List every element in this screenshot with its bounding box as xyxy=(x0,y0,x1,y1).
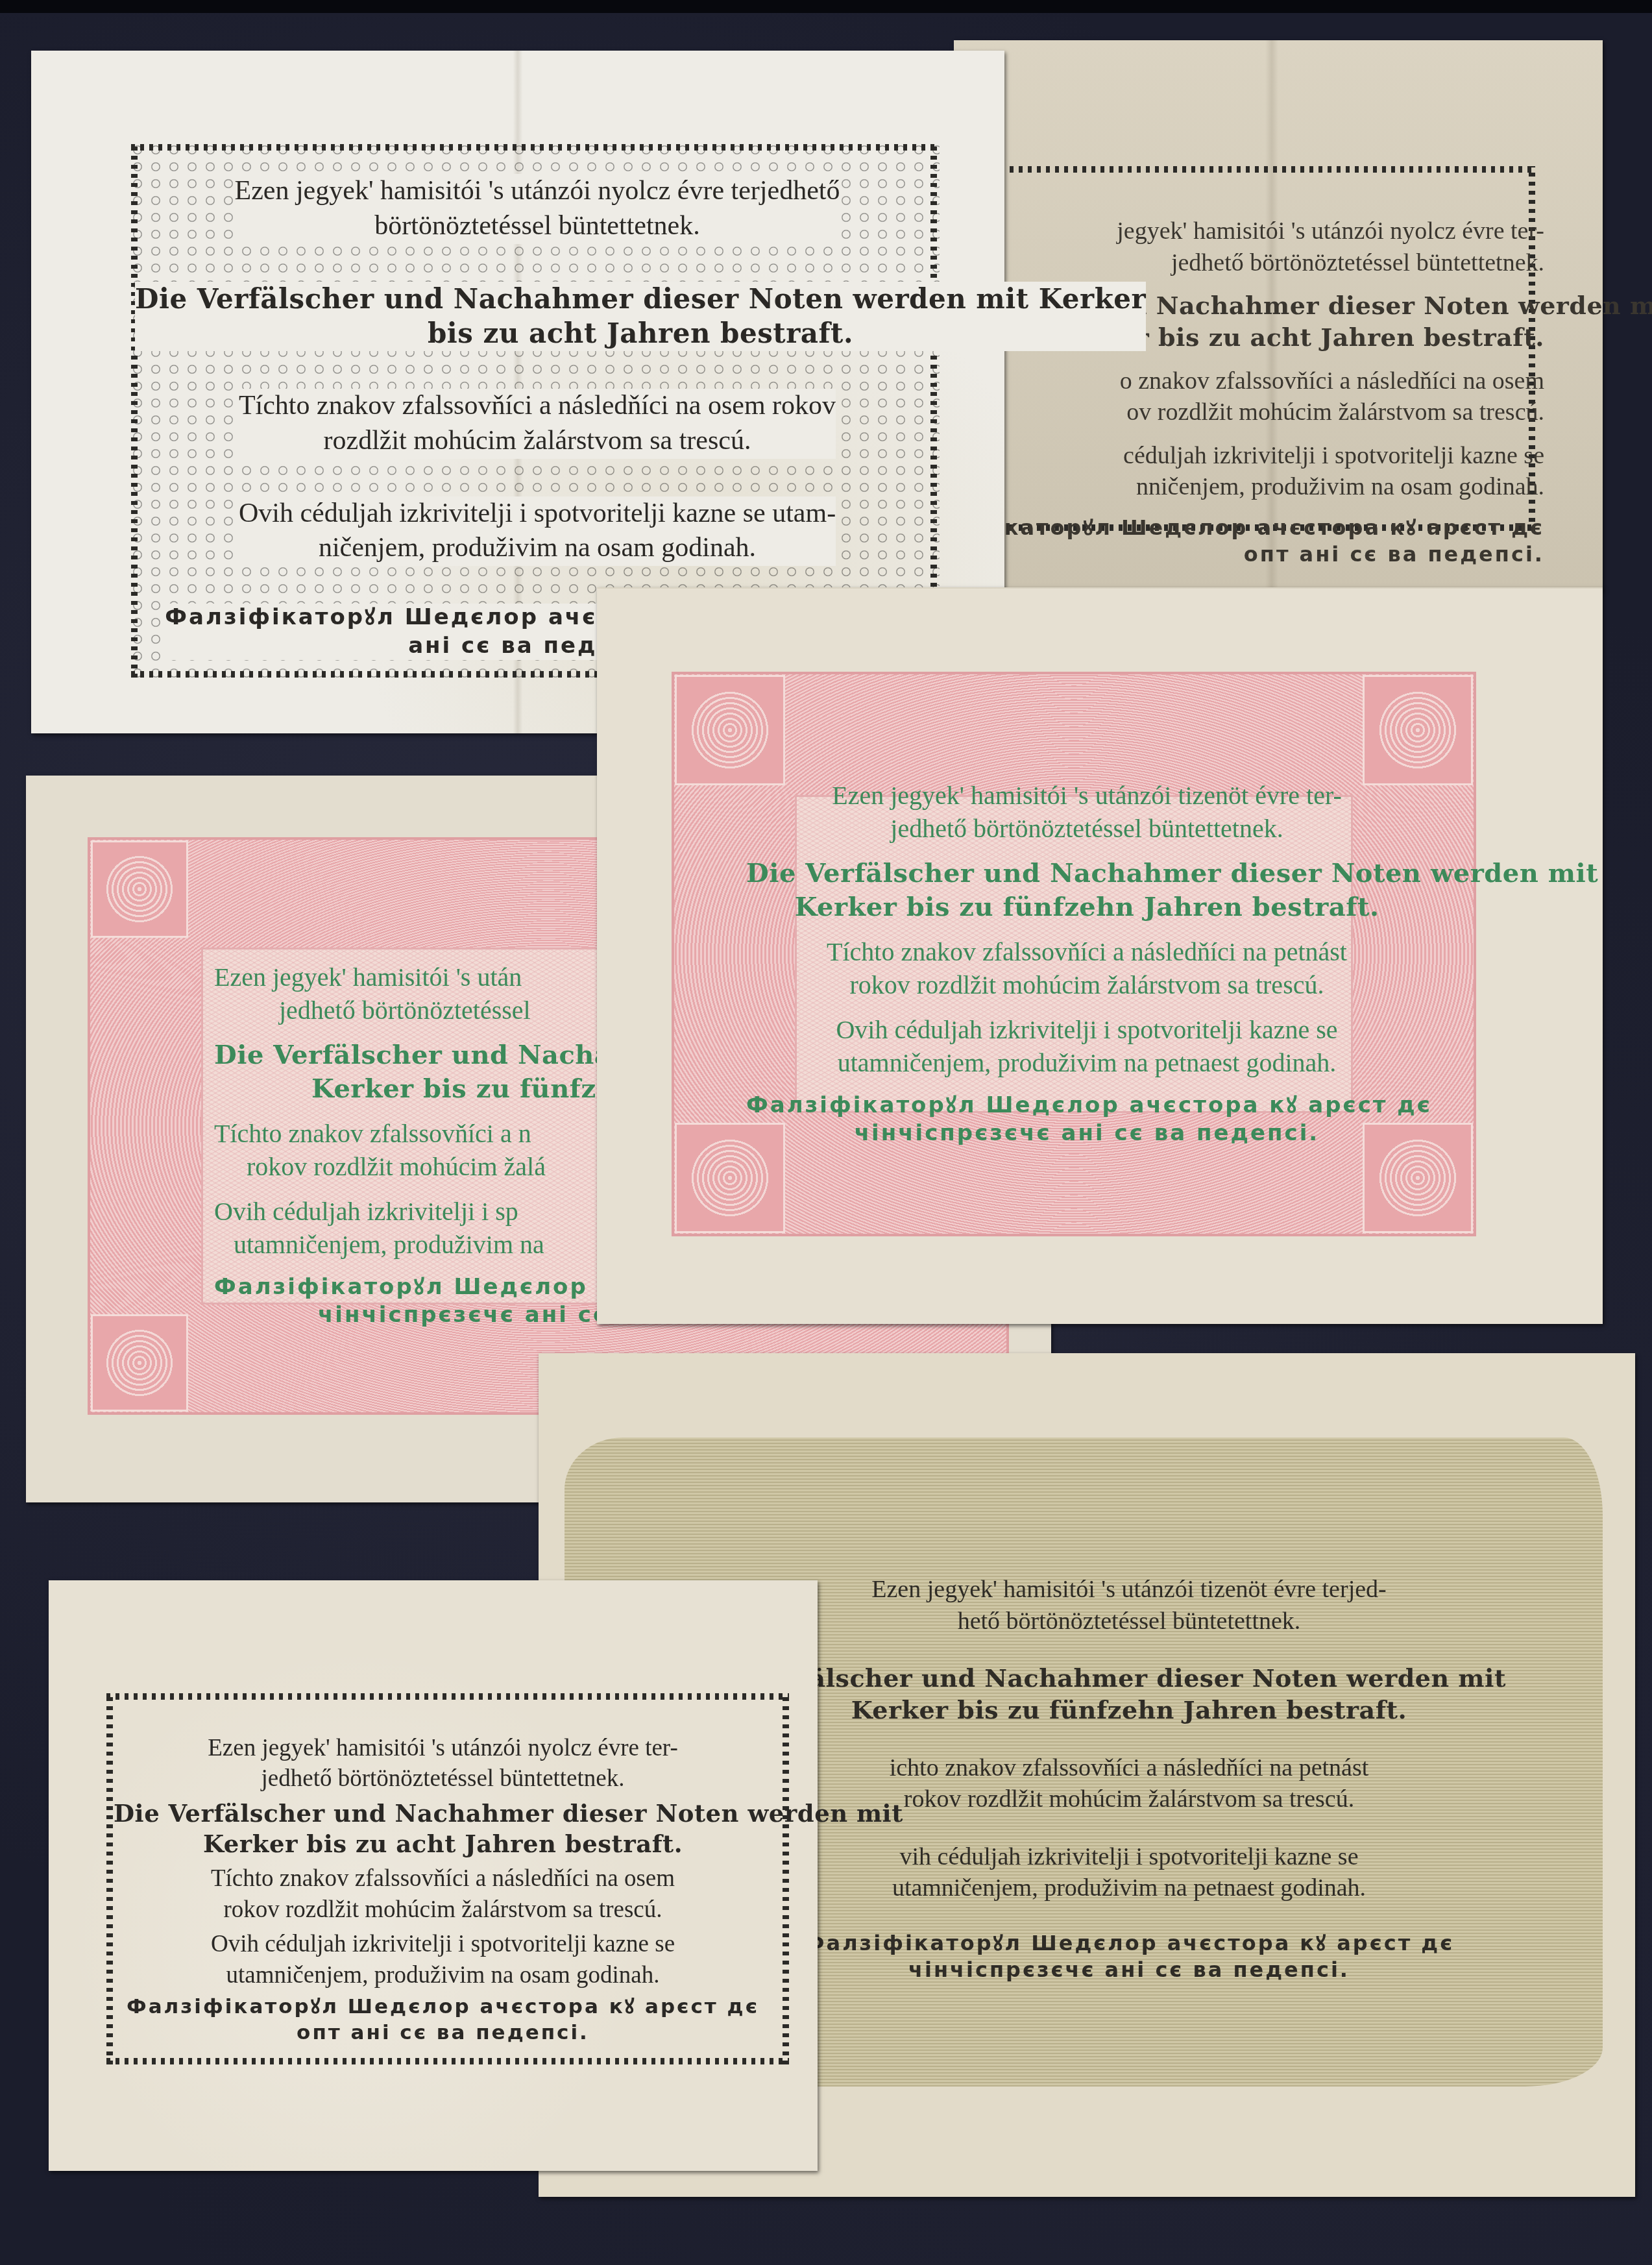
banknote-small-bottom-left: Ezen jegyek' hamisitói 's utánzói nyolcz… xyxy=(49,1580,818,2171)
note-text: Ezen jegyek' hamisitói 's utánzói nyolcz… xyxy=(114,1733,772,2057)
corner-rosette xyxy=(91,1314,188,1412)
corner-rosette xyxy=(1363,675,1473,785)
note-text: jegyek' hamisitói 's utánzói nyolcz évre… xyxy=(941,215,1544,580)
corner-rosette xyxy=(675,675,785,785)
note-text: Ezen jegyek' hamisitói 's utánzói tizenö… xyxy=(733,1574,1525,1995)
note-text: Ezen jegyek' hamisitói 's utánzói tizenö… xyxy=(746,779,1427,1160)
corner-rosette xyxy=(91,840,188,938)
banknote-pink-front: Ezen jegyek' hamisitói 's utánzói tizenö… xyxy=(597,587,1603,1324)
scan-edge xyxy=(0,0,1652,13)
